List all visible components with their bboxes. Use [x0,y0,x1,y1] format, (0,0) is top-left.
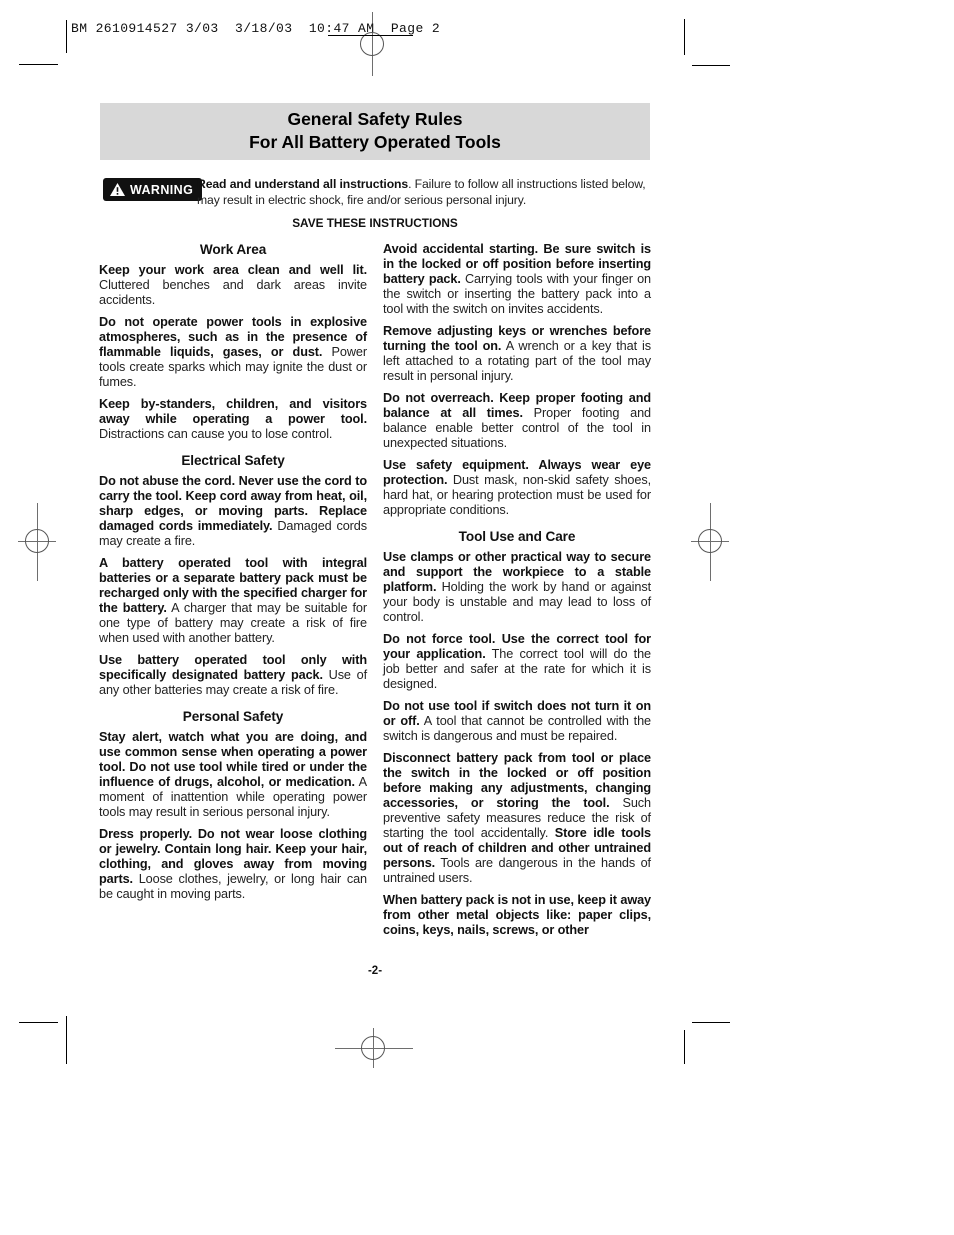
paragraph: Dress properly. Do not wear loose clothi… [99,827,367,902]
text-run-bold: Stay alert, watch what you are doing, an… [99,730,367,789]
left-column: Work AreaKeep your work area clean and w… [99,242,367,909]
crop-mark-top-right-vertical [684,19,685,55]
paragraph: Do not operate power tools in explosive … [99,315,367,390]
paragraph: When battery pack is not in use, keep it… [383,893,651,938]
paragraph: Use clamps or other practical way to sec… [383,550,651,625]
page-header-line: BM 2610914527 3/03 3/18/03 10:47 AM Page… [71,21,440,36]
paragraph: Remove adjusting keys or wrenches before… [383,324,651,384]
crop-mark-bottom-right-horizontal [692,1022,730,1023]
crop-mark-bottom-right-vertical [684,1030,685,1064]
paragraph: Use safety equipment. Always wear eye pr… [383,458,651,518]
text-run-bold: When battery pack is not in use, keep it… [383,893,651,937]
crop-mark-top-left-vertical [66,20,67,53]
warning-text-bold: Read and understand all instructions [197,177,408,191]
text-run: Distractions can cause you to lose contr… [99,427,332,441]
warning-badge-label: WARNING [130,183,193,197]
paragraph: Use battery operated tool only with spec… [99,653,367,698]
warning-badge: WARNING [103,178,202,201]
text-run-bold: Keep by-standers, children, and visitors… [99,397,367,426]
page-title-line-2: For All Battery Operated Tools [100,131,650,154]
title-box: General Safety Rules For All Battery Ope… [100,103,650,160]
paragraph: Do not use tool if switch does not turn … [383,699,651,744]
section-heading: Personal Safety [99,709,367,724]
section-heading: Electrical Safety [99,453,367,468]
paragraph: Disconnect battery pack from tool or pla… [383,751,651,886]
page-title-line-1: General Safety Rules [100,108,650,131]
save-instructions-line: SAVE THESE INSTRUCTIONS [100,216,650,230]
crop-mark-bottom-left-vertical [66,1016,67,1064]
paragraph: Stay alert, watch what you are doing, an… [99,730,367,820]
crop-mark-top-left-horizontal [19,64,58,65]
paragraph: Do not force tool. Use the correct tool … [383,632,651,692]
paragraph: Avoid accidental starting. Be sure switc… [383,242,651,317]
right-column: Avoid accidental starting. Be sure switc… [383,242,651,945]
crop-mark-top-right-horizontal [692,65,730,66]
text-run: Cluttered benches and dark areas invite … [99,278,367,307]
paragraph: Do not abuse the cord. Never use the cor… [99,474,367,549]
page-number: -2- [100,965,650,977]
section-heading: Work Area [99,242,367,257]
text-run: A tool that cannot be controlled with th… [383,714,651,743]
text-run-bold: Keep your work area clean and well lit. [99,263,367,277]
text-run: Loose clothes, jewelry, or long hair can… [99,872,367,901]
crop-mark-bottom-left-horizontal [19,1022,58,1023]
warning-triangle-icon [110,183,125,196]
paragraph: Keep your work area clean and well lit. … [99,263,367,308]
paragraph: A battery operated tool with integral ba… [99,556,367,646]
section-heading: Tool Use and Care [383,529,651,544]
paragraph: Do not overreach. Keep proper footing an… [383,391,651,451]
warning-text: Read and understand all instructions. Fa… [197,177,657,208]
paragraph: Keep by-standers, children, and visitors… [99,397,367,442]
